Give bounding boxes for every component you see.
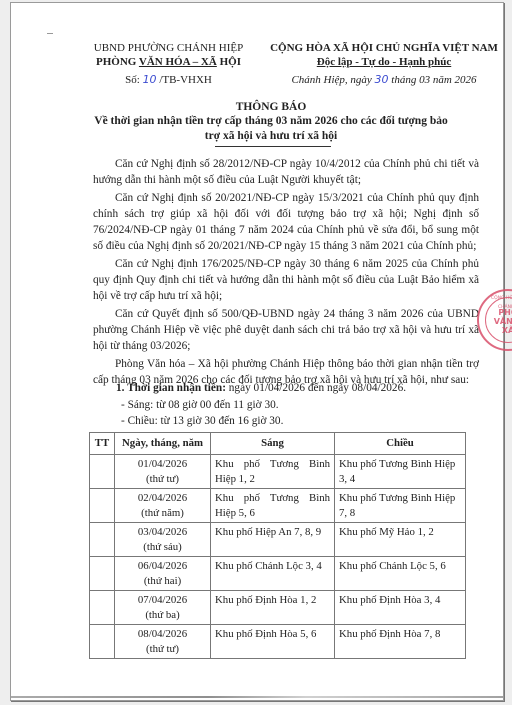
morning-hours: - Sáng: từ 08 giờ 00 đến 11 giờ 30. (121, 399, 279, 411)
document-page: UBND PHƯỜNG CHÁNH HIỆP PHÒNG VĂN HÓA – X… (10, 2, 504, 701)
cell-afternoon: Khu phố Định Hòa 7, 8 (335, 625, 466, 659)
col-header-morning: Sáng (211, 433, 335, 455)
place-date: Chánh Hiệp, ngày 30 tháng 03 năm 2026 (264, 73, 504, 87)
number-label: Số: (125, 74, 142, 86)
table-row: 03/04/2026(thứ sáu)Khu phố Hiệp An 7, 8,… (90, 523, 466, 557)
cell-date-value: 08/04/2026 (119, 627, 206, 642)
cell-morning: Khu phố Định Hòa 1, 2 (211, 591, 335, 625)
cell-morning: Khu phố Hiệp An 7, 8, 9 (211, 523, 335, 557)
legal-basis-4: Căn cứ Quyết định số 500/QĐ-UBND ngày 24… (93, 306, 479, 355)
issuer-parent: UBND PHƯỜNG CHÁNH HIỆP (81, 41, 256, 55)
cell-afternoon: Khu phố Mỹ Hảo 1, 2 (335, 523, 466, 557)
official-seal: CỘNG HÒA X.H · P. CHÁNH HIỆP PHÒ VĂN H X… (477, 289, 512, 351)
seal-line-3: XÃ (479, 326, 512, 335)
cell-weekday: (thứ tư) (119, 472, 206, 487)
col-header-tt: TT (90, 433, 115, 455)
cell-tt (90, 489, 115, 523)
cell-tt (90, 455, 115, 489)
issuer-department: PHÒNG VĂN HÓA – XÃ HỘI (81, 55, 256, 69)
table-row: 01/04/2026(thứ tư)Khu phố Tương Bình Hiệ… (90, 455, 466, 489)
section-1-value: ngày 01/04/2026 đến ngày 08/04/2026. (226, 382, 406, 394)
section-1-heading: 1. Thời gian nhận tiền: ngày 01/04/2026 … (116, 382, 406, 394)
cell-date-value: 02/04/2026 (119, 491, 206, 506)
cell-afternoon: Khu phố Tương Bình Hiệp 3, 4 (335, 455, 466, 489)
cell-tt (90, 625, 115, 659)
cell-morning: Khu phố Chánh Lộc 3, 4 (211, 557, 335, 591)
handwritten-day: 30 (375, 73, 389, 86)
section-1-label: 1. Thời gian nhận tiền: (116, 382, 226, 394)
cell-morning: Khu phố Tương Bình Hiệp 1, 2 (211, 455, 335, 489)
afternoon-hours: - Chiều: từ 13 giờ 30 đến 16 giờ 30. (121, 415, 283, 427)
cell-weekday: (thứ năm) (119, 506, 206, 521)
cell-date: 02/04/2026(thứ năm) (115, 489, 211, 523)
col-header-afternoon: Chiều (335, 433, 466, 455)
seal-line-2: VĂN H (479, 317, 512, 326)
table-row: 02/04/2026(thứ năm)Khu phố Tương Bình Hi… (90, 489, 466, 523)
cell-date: 08/04/2026(thứ tư) (115, 625, 211, 659)
issuer-dept-underlined: VĂN HÓA – XÃ (139, 56, 217, 68)
cell-weekday: (thứ hai) (119, 574, 206, 589)
cell-date-value: 06/04/2026 (119, 559, 206, 574)
legal-basis-1: Căn cứ Nghị định số 28/2012/NĐ-CP ngày 1… (93, 156, 479, 189)
cell-date: 06/04/2026(thứ hai) (115, 557, 211, 591)
cell-date: 01/04/2026(thứ tư) (115, 455, 211, 489)
date-suffix: tháng 03 năm 2026 (389, 74, 477, 86)
document-body: Căn cứ Nghị định số 28/2012/NĐ-CP ngày 1… (93, 156, 479, 389)
cell-weekday: (thứ ba) (119, 608, 206, 623)
cell-date-value: 03/04/2026 (119, 525, 206, 540)
issuer-dept-suffix: HỘI (217, 56, 241, 68)
document-heading: THÔNG BÁO (51, 100, 491, 115)
legal-basis-3: Căn cứ Nghị định 176/2025/NĐ-CP ngày 30 … (93, 256, 479, 305)
seal-ring-text: CỘNG HÒA X.H · P. CHÁNH HIỆP (487, 294, 512, 312)
date-prefix: Chánh Hiệp, ngày (291, 74, 374, 86)
cell-weekday: (thứ tư) (119, 642, 206, 657)
cell-date: 07/04/2026(thứ ba) (115, 591, 211, 625)
national-motto: Độc lập - Tự do - Hạnh phúc (264, 55, 504, 69)
cell-tt (90, 557, 115, 591)
scan-mark (47, 33, 53, 34)
issuer-block: UBND PHƯỜNG CHÁNH HIỆP PHÒNG VĂN HÓA – X… (81, 41, 256, 87)
cell-morning: Khu phố Tương Bình Hiệp 5, 6 (211, 489, 335, 523)
table-row: 06/04/2026(thứ hai)Khu phố Chánh Lộc 3, … (90, 557, 466, 591)
cell-date-value: 07/04/2026 (119, 593, 206, 608)
cell-date: 03/04/2026(thứ sáu) (115, 523, 211, 557)
document-number: Số: 10 /TB-VHXH (81, 73, 256, 87)
cell-morning: Khu phố Định Hòa 5, 6 (211, 625, 335, 659)
table-row: 08/04/2026(thứ tư)Khu phố Định Hòa 5, 6K… (90, 625, 466, 659)
legal-basis-2: Căn cứ Nghị định số 20/2021/NĐ-CP ngày 1… (93, 190, 479, 255)
cell-afternoon: Khu phố Chánh Lộc 5, 6 (335, 557, 466, 591)
col-header-date: Ngày, tháng, năm (115, 433, 211, 455)
cell-tt (90, 523, 115, 557)
cell-afternoon: Khu phố Tương Bình Hiệp 7, 8 (335, 489, 466, 523)
handwritten-number: 10 (143, 73, 157, 86)
title-divider (215, 146, 331, 147)
issuer-dept-prefix: PHÒNG (96, 56, 139, 68)
cell-date-value: 01/04/2026 (119, 457, 206, 472)
payment-schedule-table: TT Ngày, tháng, năm Sáng Chiều 01/04/202… (89, 432, 466, 659)
document-subtitle: Về thời gian nhận tiền trợ cấp tháng 03 … (86, 114, 456, 144)
cell-tt (90, 591, 115, 625)
cell-afternoon: Khu phố Định Hòa 3, 4 (335, 591, 466, 625)
national-header: CỘNG HÒA XÃ HỘI CHỦ NGHĨA VIỆT NAM Độc l… (264, 41, 504, 87)
national-title: CỘNG HÒA XÃ HỘI CHỦ NGHĨA VIỆT NAM (264, 41, 504, 55)
table-header-row: TT Ngày, tháng, năm Sáng Chiều (90, 433, 466, 455)
cell-weekday: (thứ sáu) (119, 540, 206, 555)
table-row: 07/04/2026(thứ ba)Khu phố Định Hòa 1, 2K… (90, 591, 466, 625)
number-suffix: /TB-VHXH (157, 74, 212, 86)
